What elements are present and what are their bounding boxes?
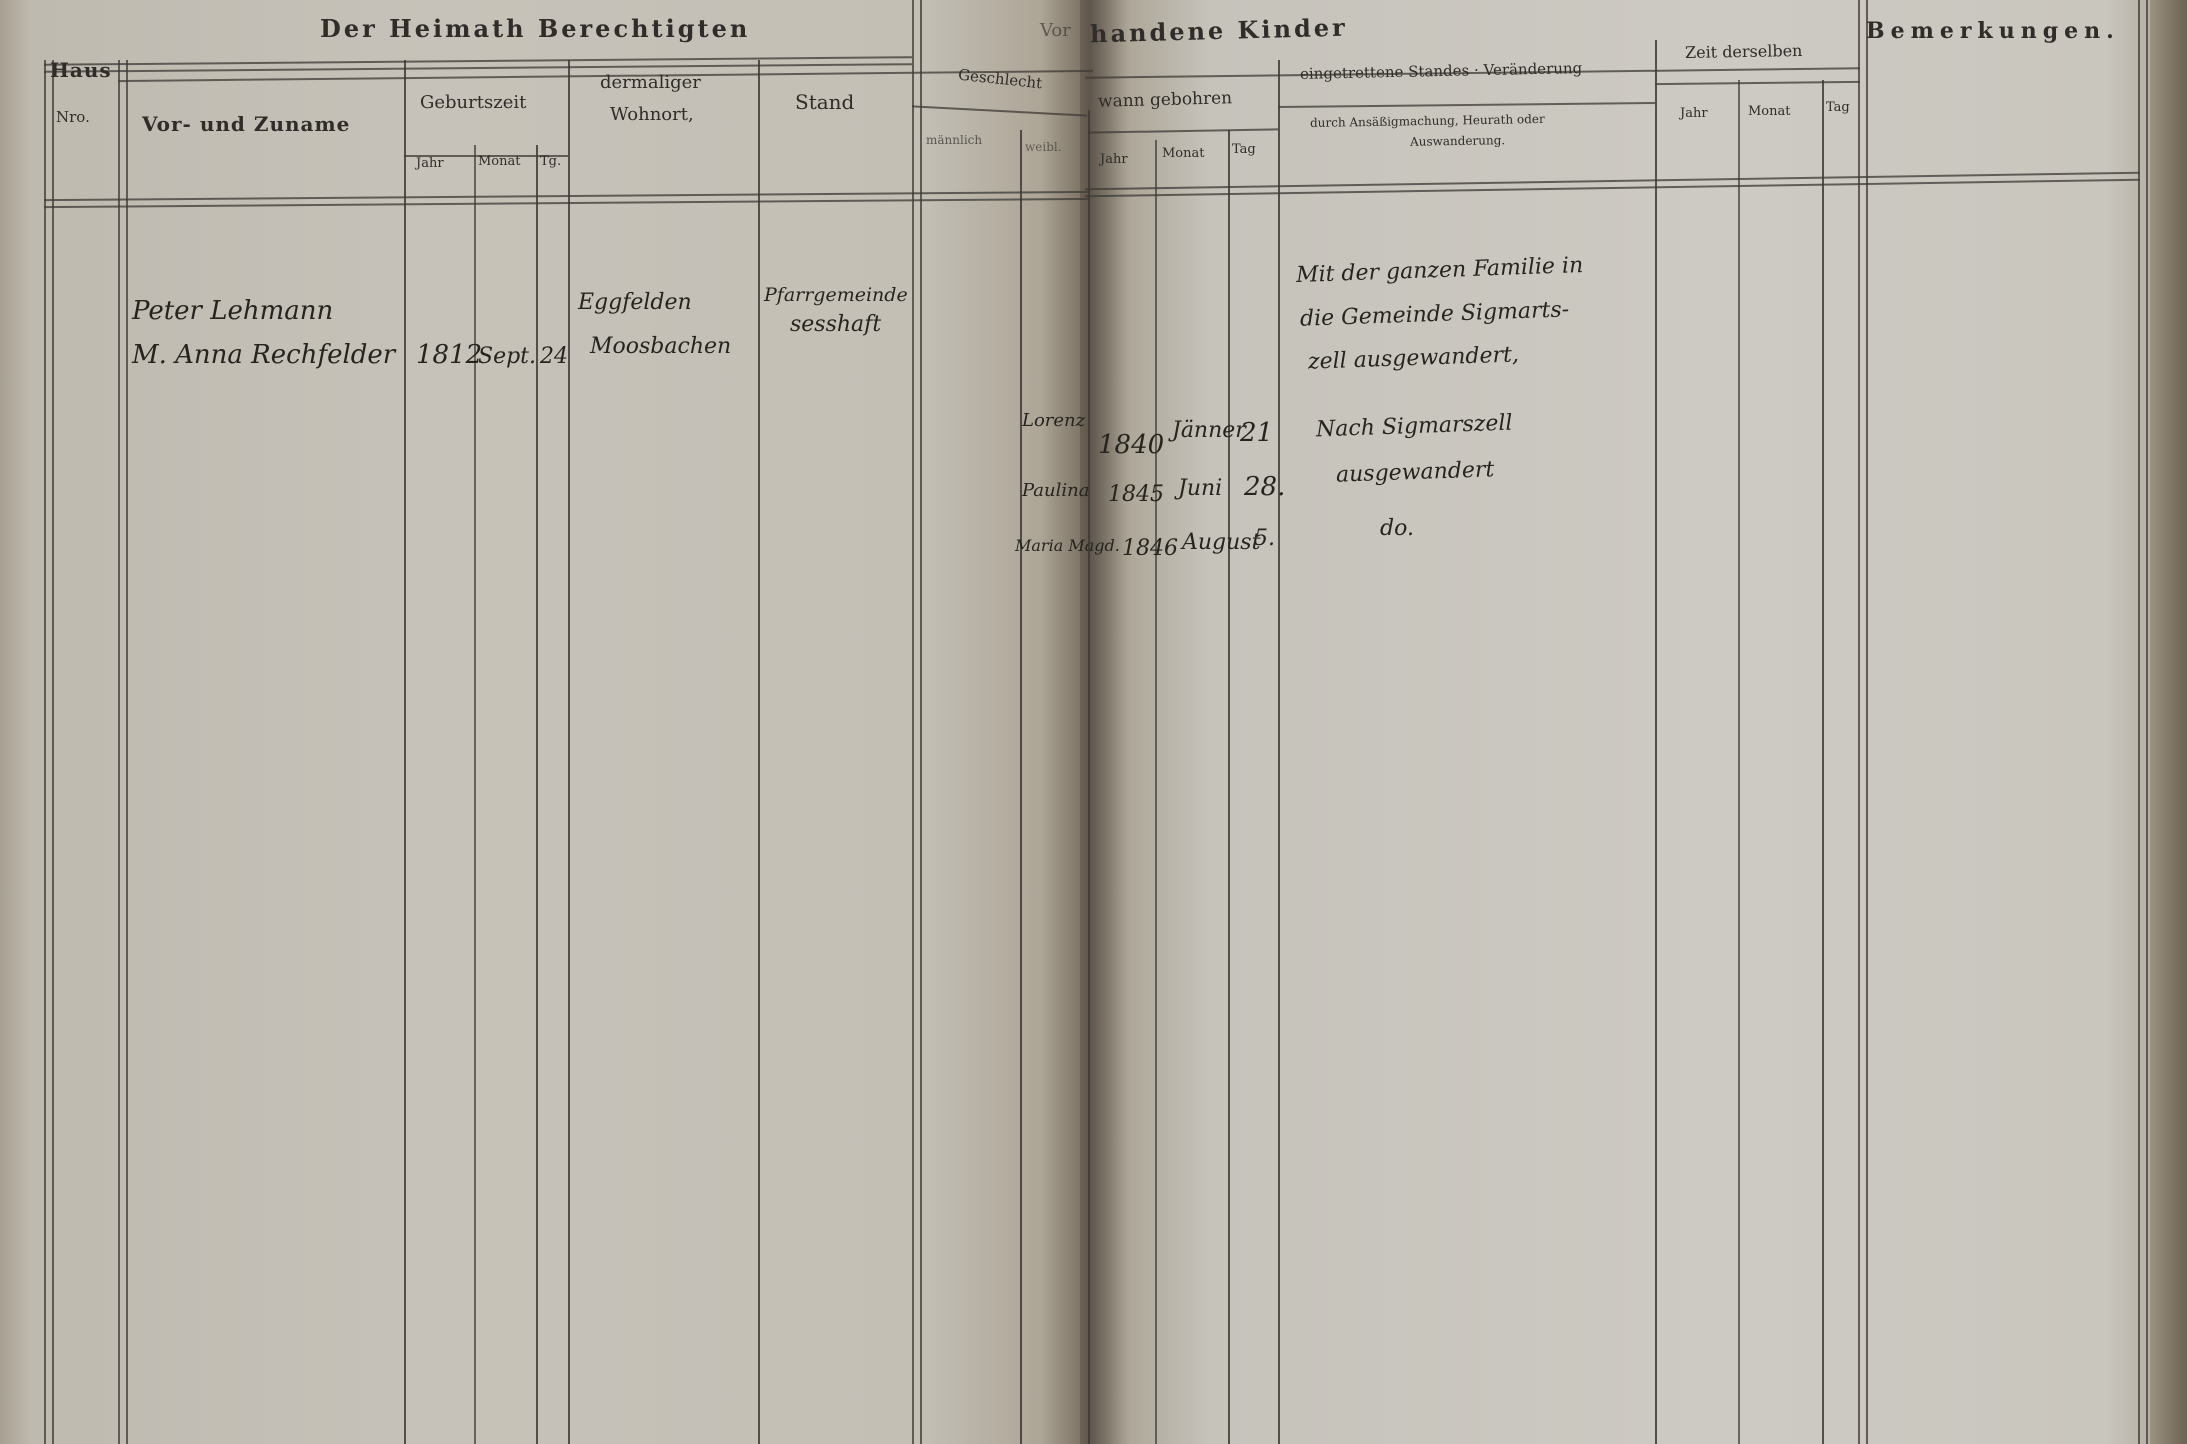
header-child-jahr: Jahr xyxy=(1100,152,1128,167)
entry-wohnort-1: Eggfelden xyxy=(578,290,692,315)
column-divider-veraenderung xyxy=(1655,40,1657,1444)
entry-stand-1: Pfarrgemeinde xyxy=(764,284,908,306)
child-1-year: 1840 xyxy=(1098,430,1164,460)
child-name-3: Maria Magd. xyxy=(1015,536,1120,555)
header-tag: Tg. xyxy=(540,154,561,169)
column-divider-child-monat xyxy=(1228,130,1230,1444)
header-monat: Monat xyxy=(478,154,521,169)
book-edge-right xyxy=(2150,0,2187,1444)
column-divider-geburtszeit xyxy=(568,60,570,1444)
header-jahr: Jahr xyxy=(416,156,444,171)
header-veraenderung-3: Auswanderung. xyxy=(1410,133,1505,149)
left-border-line xyxy=(44,60,54,1444)
child-1-day: 21 xyxy=(1240,418,1273,448)
right-page xyxy=(1080,0,2160,1444)
header-zeit-jahr: Jahr xyxy=(1680,106,1708,121)
header-geburtszeit: Geburtszeit xyxy=(420,92,526,113)
child-3-month: August xyxy=(1182,530,1260,555)
column-divider-name xyxy=(404,60,406,1444)
column-divider-zeit-jahr xyxy=(1738,80,1740,1444)
entry-birth-day: 24 xyxy=(540,344,568,369)
column-divider-wohnort xyxy=(758,60,760,1444)
header-wohnort-2: Wohnort, xyxy=(610,104,694,125)
header-nro: Nro. xyxy=(56,108,90,126)
header-bemerkungen: Bemerkungen. xyxy=(1866,18,2120,44)
header-stand: Stand xyxy=(795,90,854,114)
book-gutter xyxy=(1040,0,1130,1444)
entry-stand-2: sesshaft xyxy=(790,312,881,337)
header-child-monat: Monat xyxy=(1162,146,1205,161)
child-3-year: 1846 xyxy=(1122,536,1178,561)
entry-birth-year: 1812 xyxy=(416,340,482,370)
entry-name-wife: M. Anna Rechfelder xyxy=(132,340,395,370)
header-maennlich: männlich xyxy=(926,133,982,147)
header-haus: Haus xyxy=(50,58,112,82)
note-line-6: do. xyxy=(1380,516,1414,541)
column-divider-maennlich xyxy=(1020,130,1022,1444)
child-1-month: Jänner xyxy=(1172,418,1246,443)
child-2-day: 28. xyxy=(1244,472,1285,502)
header-zeit-derselben: Zeit derselben xyxy=(1685,41,1803,62)
entry-name-husband: Peter Lehmann xyxy=(132,296,333,326)
child-3-day: 5. xyxy=(1254,526,1275,551)
column-divider-stand xyxy=(912,0,922,1444)
header-child-tag: Tag xyxy=(1232,142,1256,157)
header-weiblich: weibl. xyxy=(1025,140,1062,154)
entry-birth-month: Sept. xyxy=(478,344,536,369)
column-divider-haus xyxy=(118,60,128,1444)
header-wohnort-1: dermaliger xyxy=(600,72,701,93)
column-divider-child-tag xyxy=(1278,60,1280,1444)
section-title-heimath: Der Heimath Berechtigten xyxy=(320,14,750,43)
left-page xyxy=(0,0,1085,1444)
section-title-fragment: Vor xyxy=(1040,20,1071,41)
column-divider-zeit xyxy=(1858,0,1868,1444)
header-wann-gebohren: wann gebohren xyxy=(1098,88,1233,112)
header-zeit-monat: Monat xyxy=(1748,104,1791,119)
column-divider-child-jahr xyxy=(1155,140,1157,1444)
right-left-border xyxy=(1088,110,1090,1444)
header-zeit-tag: Tag xyxy=(1826,100,1850,115)
child-2-month: Juni xyxy=(1178,476,1222,501)
child-2-year: 1845 xyxy=(1108,482,1164,507)
entry-wohnort-2: Moosbachen xyxy=(590,334,731,359)
column-divider-monat xyxy=(536,145,538,1444)
header-name: Vor- und Zuname xyxy=(142,112,350,136)
child-name-2: Paulina xyxy=(1022,480,1089,501)
column-divider-zeit-monat xyxy=(1822,80,1824,1444)
right-border-line xyxy=(2138,0,2148,1444)
child-name-1: Lorenz xyxy=(1022,410,1085,431)
